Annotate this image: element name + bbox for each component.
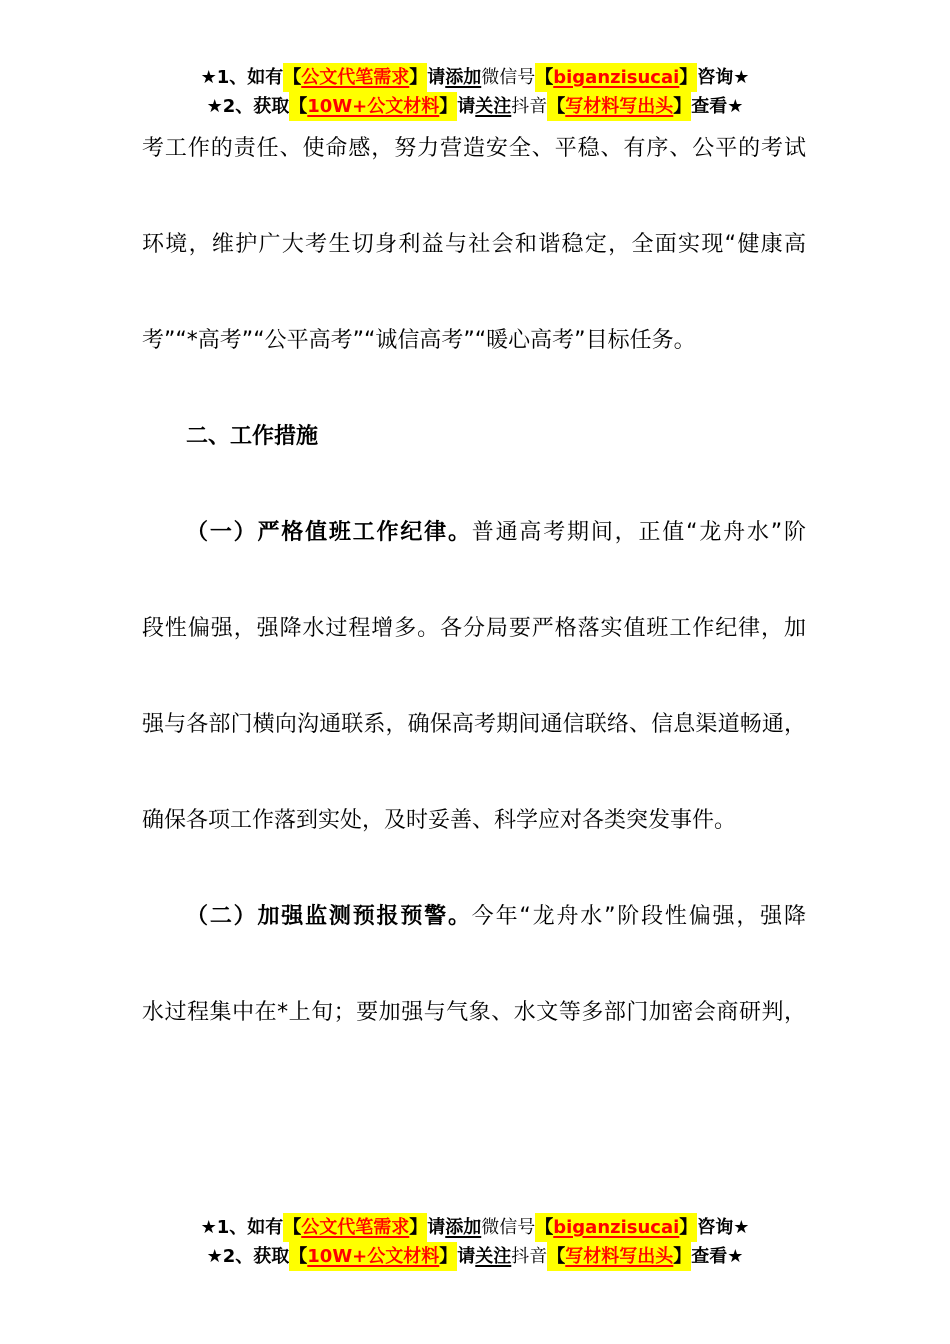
bracket-close: 】: [409, 1217, 427, 1238]
promo-line1-mid1: 请: [427, 1213, 445, 1242]
paragraph2-lead: （一）严格值班工作纪律。: [186, 520, 472, 545]
promo-line1-mid1: 请: [427, 63, 445, 92]
promo-line1-suffix: 咨询★: [697, 1213, 749, 1242]
paragraph1-line3: 考”“*高考”“公平高考”“诚信高考”“暖心高考”目标任务。: [142, 293, 806, 389]
bracket-open: 【: [535, 1217, 553, 1238]
paragraph2-line2: 段性偏强，强降水过程增多。各分局要严格落实值班工作纪律，加: [142, 581, 806, 677]
promo-line1-emph: 添加: [445, 63, 481, 92]
promo-line1-mid2: 微信号: [481, 1213, 535, 1242]
bracket-open: 【: [535, 67, 553, 88]
bracket-close: 】: [673, 1246, 691, 1267]
document-page: ★1、如有【公文代笔需求】请添加微信号【biganzisucai】咨询★ ★2、…: [0, 0, 950, 1344]
paragraph2-line3: 强与各部门横向沟通联系，确保高考期间通信联络、信息渠道畅通，: [142, 677, 806, 773]
promo-line2-emph: 关注: [475, 1242, 511, 1271]
bracket-close: 】: [409, 67, 427, 88]
promo-line1-highlight-2: 【biganzisucai】: [535, 63, 697, 92]
section-heading: 二、工作措施: [142, 389, 806, 485]
promo-line1-emph: 添加: [445, 1213, 481, 1242]
bracket-open: 【: [283, 1217, 301, 1238]
promo-line1-highlight-1: 【公文代笔需求】: [283, 63, 427, 92]
promo-line2-suffix: 查看★: [691, 1242, 743, 1271]
paragraph3-lead: （二）加强监测预报预警。: [186, 904, 472, 929]
promo-footer-line-2: ★2、获取【10W+公文材料】请关注抖音【写材料写出头】查看★: [0, 1242, 950, 1271]
paragraph2-line4: 确保各项工作落到实处，及时妥善、科学应对各类突发事件。: [142, 773, 806, 869]
promo-line2-prefix: ★2、获取: [207, 1242, 290, 1271]
promo-line1-wechat-id: biganzisucai: [553, 67, 679, 88]
paragraph2-line1: （一）严格值班工作纪律。普通高考期间，正值“龙舟水”阶: [142, 485, 806, 581]
paragraph3-line1: （二）加强监测预报预警。今年“龙舟水”阶段性偏强，强降: [142, 869, 806, 965]
promo-line2-douyin-handle: 写材料写出头: [565, 1246, 673, 1267]
promo-line1-prefix: ★1、如有: [201, 1213, 284, 1242]
bracket-open: 【: [289, 1246, 307, 1267]
document-body: 考工作的责任、使命感，努力营造安全、平稳、有序、公平的考试 环境，维护广大考生切…: [142, 101, 806, 1061]
paragraph3-line1-rest: 今年“龙舟水”阶段性偏强，强降: [472, 904, 806, 929]
bracket-close: 】: [679, 1217, 697, 1238]
promo-footer-line-1: ★1、如有【公文代笔需求】请添加微信号【biganzisucai】咨询★: [0, 1213, 950, 1242]
promo-line1-phrase-1: 公文代笔需求: [301, 67, 409, 88]
bracket-close: 】: [439, 1246, 457, 1267]
promo-line2-mid2: 抖音: [511, 1242, 547, 1271]
paragraph1-line1: 考工作的责任、使命感，努力营造安全、平稳、有序、公平的考试: [142, 101, 806, 197]
promo-line1-highlight-2: 【biganzisucai】: [535, 1213, 697, 1242]
promo-line1-mid2: 微信号: [481, 63, 535, 92]
promo-line2-phrase-1: 10W+公文材料: [307, 1246, 439, 1267]
promo-line1-prefix: ★1、如有: [201, 63, 284, 92]
bracket-close: 】: [679, 67, 697, 88]
bracket-open: 【: [283, 67, 301, 88]
promo-line2-highlight-1: 【10W+公文材料】: [289, 1242, 457, 1271]
paragraph3-line2: 水过程集中在*上旬；要加强与气象、水文等多部门加密会商研判，: [142, 965, 806, 1061]
promo-line1-phrase-1: 公文代笔需求: [301, 1217, 409, 1238]
promo-footer: ★1、如有【公文代笔需求】请添加微信号【biganzisucai】咨询★ ★2、…: [0, 1213, 950, 1271]
promo-line2-highlight-2: 【写材料写出头】: [547, 1242, 691, 1271]
promo-line2-mid1: 请: [457, 1242, 475, 1271]
bracket-open: 【: [547, 1246, 565, 1267]
paragraph2-line1-rest: 普通高考期间，正值“龙舟水”阶: [472, 520, 806, 545]
promo-header-line-1: ★1、如有【公文代笔需求】请添加微信号【biganzisucai】咨询★: [0, 63, 950, 92]
promo-line1-suffix: 咨询★: [697, 63, 749, 92]
paragraph1-line2: 环境，维护广大考生切身利益与社会和谐稳定，全面实现“健康高: [142, 197, 806, 293]
promo-line1-wechat-id: biganzisucai: [553, 1217, 679, 1238]
promo-line1-highlight-1: 【公文代笔需求】: [283, 1213, 427, 1242]
